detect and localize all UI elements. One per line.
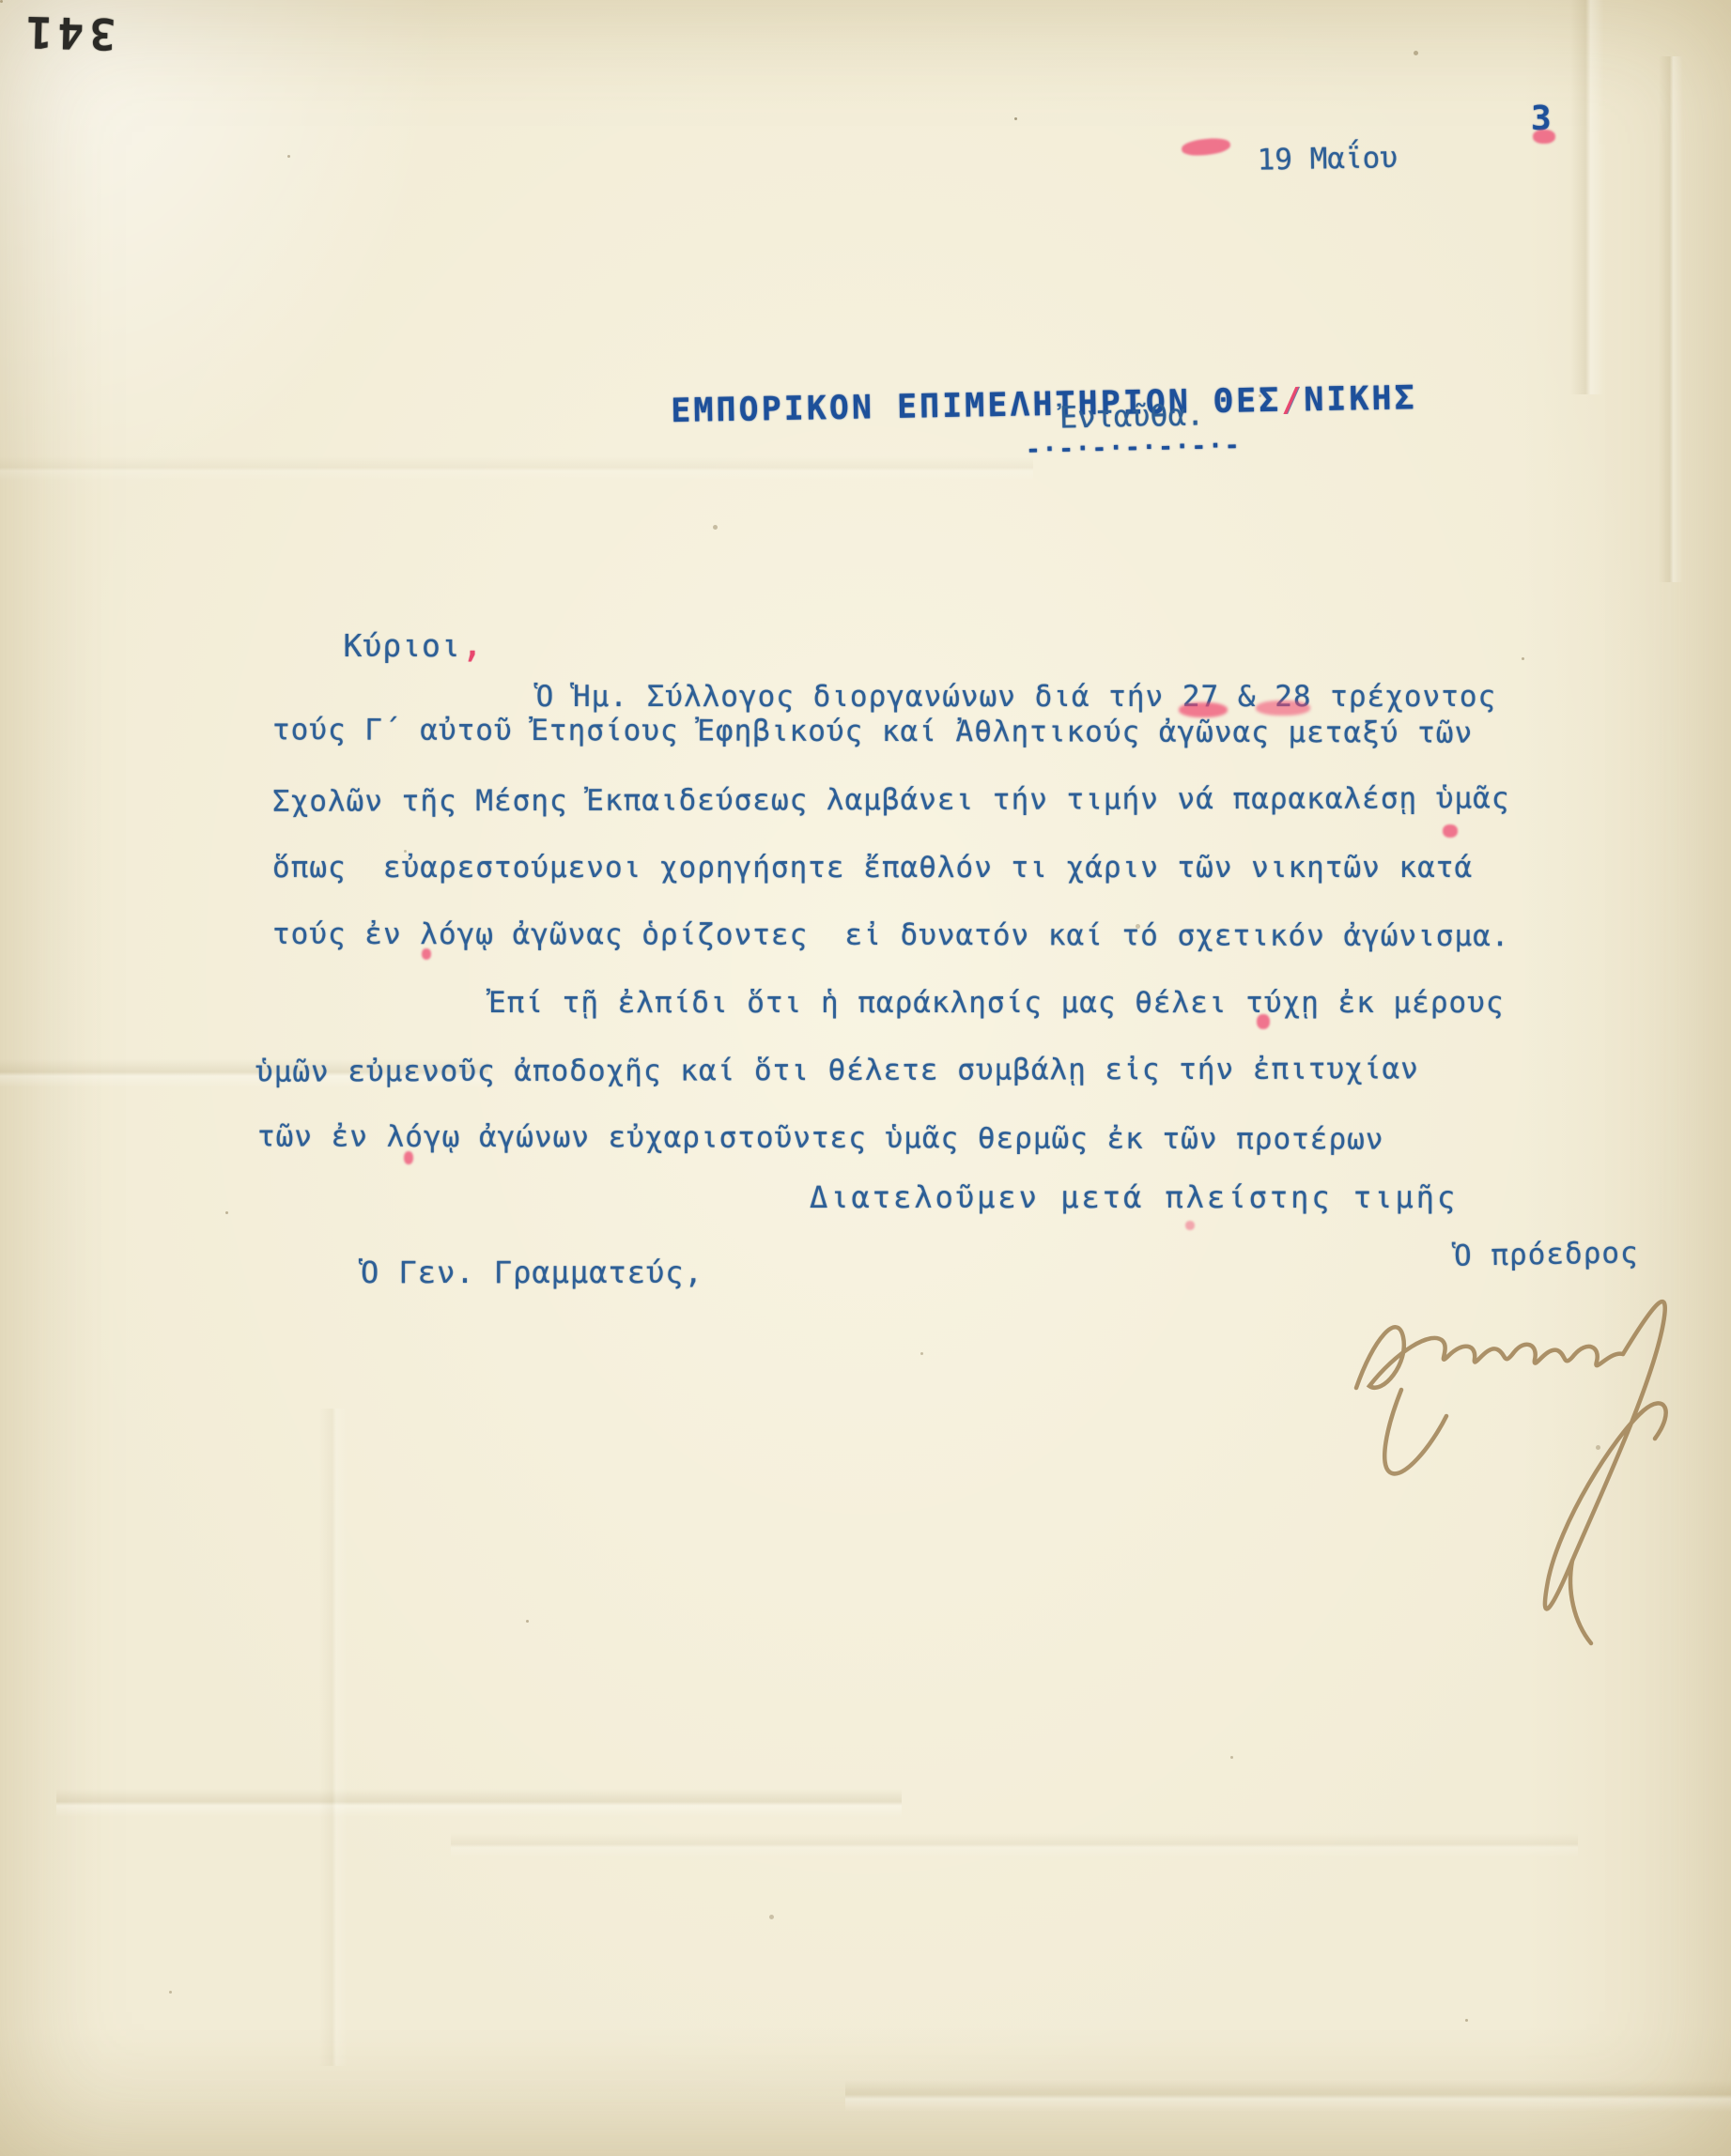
paper-crease xyxy=(451,1833,1578,1857)
archive-number-stamp: 341 xyxy=(20,7,116,60)
body-line-7: ὑμῶν εὐμενοῦς ἀποδοχῆς καί ὅτι θέλετε συ… xyxy=(255,1052,1419,1088)
date-month: Μαΐου xyxy=(1309,141,1398,177)
salutation: Κύριοι, xyxy=(265,586,485,702)
body-line-1-prefix: Ὁ Ἡμ. Σύλλογος διοργανώνων διά τήν xyxy=(536,680,1182,714)
date-space xyxy=(1292,143,1310,177)
salutation-text: Κύριοι xyxy=(343,627,460,664)
body-line-5: τούς ἐν λόγῳ ἀγῶνας ὁρίζοντες εἰ δυνατόν… xyxy=(272,917,1510,953)
recipient-name-part2: ΝΙΚΗΣ xyxy=(1304,379,1417,419)
location-underline-dashes: -·-·-·-·-·-·- xyxy=(1026,432,1242,465)
date-day: 19 xyxy=(1257,143,1292,177)
scanned-letter-page: 341 19 Μαΐου 3 ΕΜΠΟΡΙΚΟΝ ΕΠΙΜΕΛΗΤΗΡΙΟΝ Θ… xyxy=(0,0,1731,2156)
paper-crease xyxy=(1570,0,1604,394)
paper-crease xyxy=(1659,56,1683,582)
recipient-name-slash: / xyxy=(1281,381,1305,419)
recipient-name: ΕΜΠΟΡΙΚΟΝ ΕΠΙΜΕΛΗΤΗΡΙΟΝ ΘΕΣ/ΝΙΚΗΣ xyxy=(580,342,1418,470)
body-line-4: ὅπως εὐαρεστούμενοι χορηγήσητε ἔπαθλόν τ… xyxy=(272,851,1473,885)
recipient-location: Ἐνταῦθα. xyxy=(1059,396,1205,435)
red-ink-smudge xyxy=(1185,1221,1195,1230)
body-line-1-suffix: τρέχοντος xyxy=(1312,680,1497,714)
paper-crease xyxy=(56,1789,902,1817)
president-title: Ὁ πρόεδρος xyxy=(1454,1236,1639,1272)
secretary-title: Ὁ Γεν. Γραμματεύς, xyxy=(361,1255,703,1290)
paper-speckles xyxy=(0,0,3,3)
body-line-3: Σχολῶν τῆς Μέσης Ἐκπαιδεύσεως λαμβάνει τ… xyxy=(272,781,1510,818)
date-line: 19 Μαΐου xyxy=(1186,107,1399,212)
body-line-2: τούς Γ΄ αὐτοῦ Ἐτησίους Ἐφηβικούς καί Ἀθλ… xyxy=(272,713,1473,749)
paper-crease xyxy=(319,1409,348,2066)
red-ink-smudge xyxy=(1443,824,1458,838)
body-line-1-dates: 27 & 28 xyxy=(1182,680,1312,714)
body-line-8: τῶν ἐν λόγῳ ἀγώνων εὐχαριστοῦντες ὑμᾶς θ… xyxy=(257,1119,1384,1156)
body-line-6: Ἐπί τῇ ἐλπίδι ὅτι ἡ παράκλησίς μας θέλει… xyxy=(488,986,1505,1020)
paper-crease xyxy=(845,2080,1731,2112)
corner-page-number: 3 xyxy=(1531,100,1552,138)
president-signature xyxy=(1341,1249,1717,1662)
closing-line: Διατελοῦμεν μετά πλείστης τιμῆς xyxy=(810,1179,1458,1215)
